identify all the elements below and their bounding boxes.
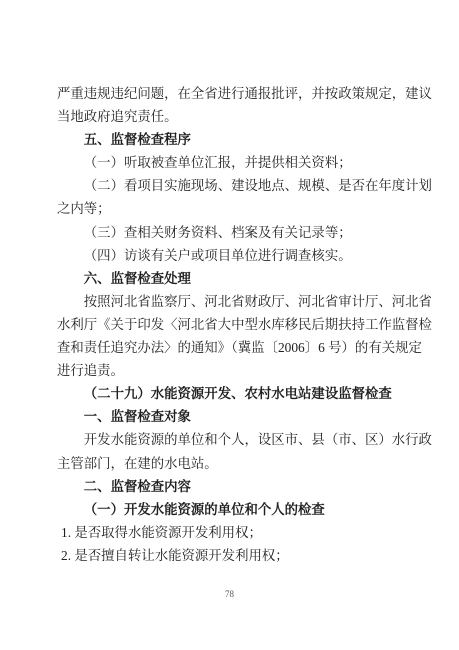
list-item-line: （四）访谈有关户或项目单位进行调查核实。 — [57, 244, 425, 267]
page-number: 78 — [0, 589, 459, 599]
chapter-heading-line: （二十九）水能资源开发、农村水电站建设监督检查 — [57, 382, 425, 405]
text-line: 当地政府追究责任。 — [57, 105, 425, 128]
list-item-line: （二）看项目实施现场、建设地点、规模、是否在年度计划 — [57, 174, 425, 197]
text-line: 开发水能资源的单位和个人，设区市、县（市、区）水行政 — [57, 428, 425, 451]
list-item-line: （一）听取被查单位汇报，并提供相关资料； — [57, 151, 425, 174]
section-heading-line: 二、监督检查内容 — [57, 475, 425, 498]
numbered-item-line: 1. 是否取得水能资源开发利用权； — [57, 521, 425, 544]
subsection-heading-line: （一）开发水能资源的单位和个人的检查 — [57, 498, 425, 521]
numbered-item-line: 2. 是否擅自转让水能资源开发利用权； — [57, 544, 425, 567]
list-item-line: （三）查相关财务资料、档案及有关记录等； — [57, 221, 425, 244]
text-line: 按照河北省监察厅、河北省财政厅、河北省审计厅、河北省 — [57, 290, 425, 313]
text-line: 查和责任追究办法〉的通知》（冀监〔2006〕6 号）的有关规定 — [57, 336, 425, 359]
text-line: 之内等； — [57, 197, 425, 220]
document-page: 严重违规违纪问题，在全省进行通报批评，并按政策规定，建议 当地政府追究责任。 五… — [0, 0, 459, 650]
section-heading-line: 五、监督检查程序 — [57, 128, 425, 151]
text-line: 水利厅《关于印发〈河北省大中型水库移民后期扶持工作监督检 — [57, 313, 425, 336]
text-line: 主管部门，在建的水电站。 — [57, 452, 425, 475]
section-heading-line: 一、监督检查对象 — [57, 405, 425, 428]
section-heading-line: 六、监督检查处理 — [57, 267, 425, 290]
text-line: 严重违规违纪问题，在全省进行通报批评，并按政策规定，建议 — [57, 82, 425, 105]
document-body: 严重违规违纪问题，在全省进行通报批评，并按政策规定，建议 当地政府追究责任。 五… — [57, 82, 425, 567]
text-line: 进行追责。 — [57, 359, 425, 382]
